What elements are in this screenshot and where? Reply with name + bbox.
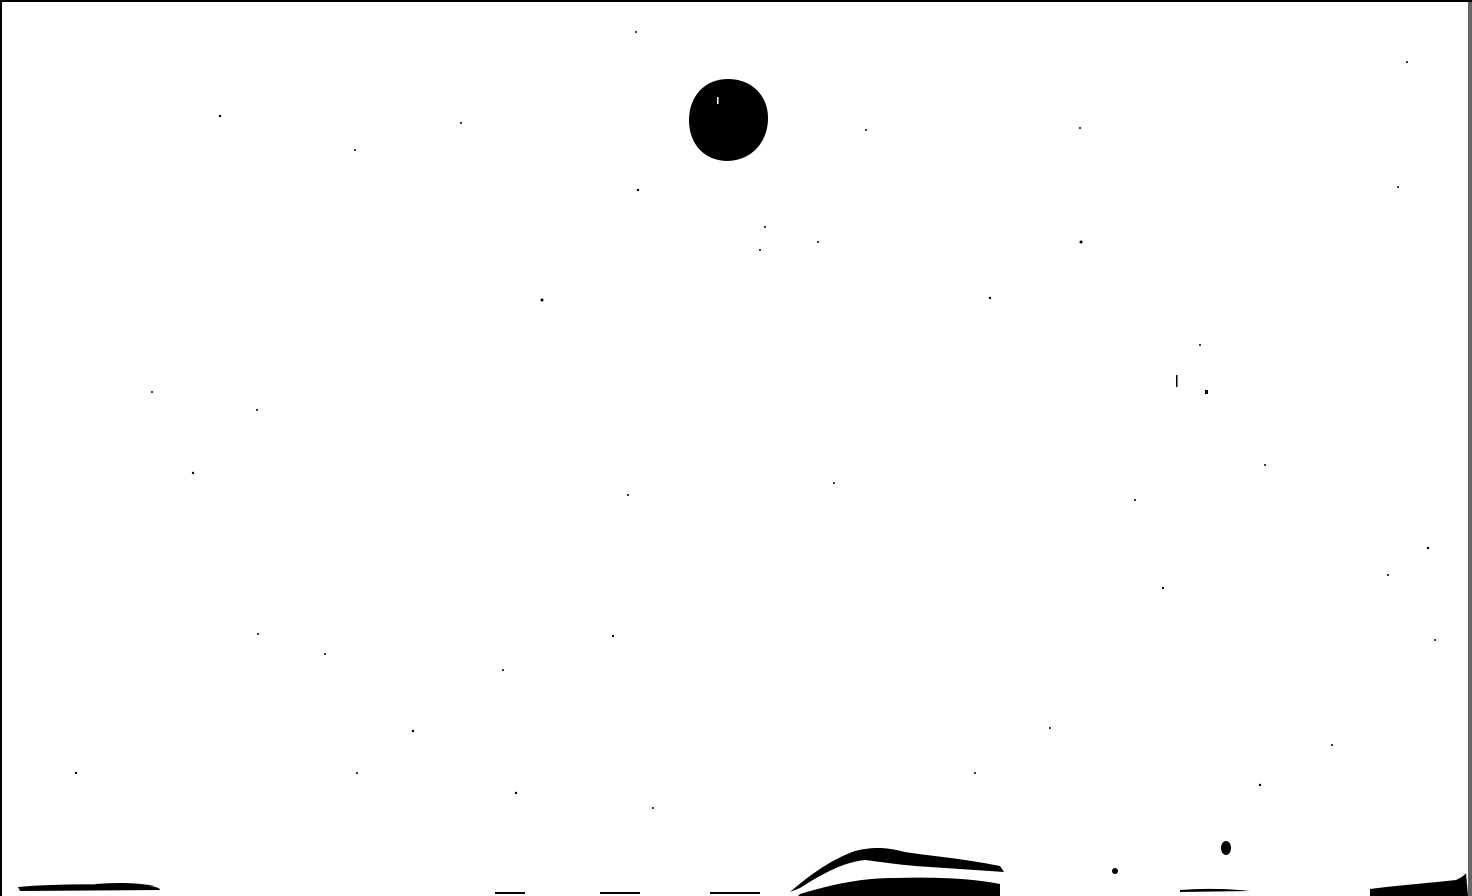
photo-scene <box>0 0 1472 896</box>
dark-disc <box>689 79 768 161</box>
